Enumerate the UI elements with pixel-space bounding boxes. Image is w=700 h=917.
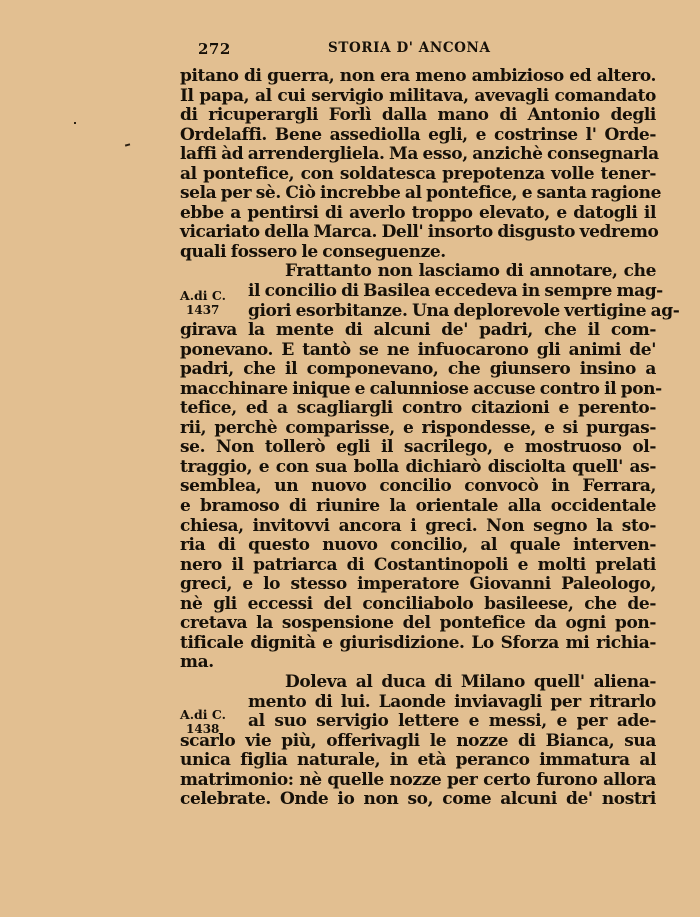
text-line: giori esorbitanze. Una deplorevole verti… (180, 302, 656, 322)
paragraph-start-line: Frattanto non lasciamo di annotare, che (180, 262, 656, 282)
text-line: se. Non tollerò egli il sacrilego, e mos… (180, 438, 656, 458)
text-line: chiesa, invitovvi ancora i greci. Non se… (180, 517, 656, 537)
margin-note-date: A.di C. 1438 (180, 708, 240, 736)
text-line: greci, e lo stesso imperatore Giovanni P… (180, 575, 656, 595)
margin-note-date: A.di C. 1437 (180, 289, 240, 317)
text-line: mento di lui. Laonde inviavagli per ritr… (180, 693, 656, 713)
margin-note-label: A.di C. (180, 708, 240, 722)
text-line: quali fossero le conseguenze. (180, 243, 656, 263)
margin-note-year: 1437 (180, 303, 240, 317)
text-line: ma. (180, 653, 656, 673)
text-line: Il papa, al cui servigio militava, aveva… (180, 87, 656, 107)
text-line: nè gli eccessi del conciliabolo basilees… (180, 595, 656, 615)
text-line: pitano di guerra, non era meno ambizioso… (180, 67, 656, 87)
text-line: macchinare inique e calunniose accuse co… (180, 380, 656, 400)
scan-speck (125, 143, 130, 146)
body-text: pitano di guerra, non era meno ambizioso… (180, 67, 656, 810)
text-line: Ordelaffi. Bene assediolla egli, e costr… (180, 126, 656, 146)
text-line: rii, perchè comparisse, e rispondesse, e… (180, 419, 656, 439)
text-line: cretava la sospensione del pontefice da … (180, 614, 656, 634)
text-line: di ricuperargli Forlì dalla mano di Anto… (180, 106, 656, 126)
text-line: padri, che il componevano, che giunsero … (180, 360, 656, 380)
page-header: 272 STORIA D' ANCONA (198, 40, 638, 62)
text-line: ebbe a pentirsi di averlo troppo elevato… (180, 204, 656, 224)
scan-speck (74, 122, 76, 124)
text-line: al pontefice, con soldatesca prepotenza … (180, 165, 656, 185)
text-line: unica figlia naturale, in età peranco im… (180, 751, 656, 771)
text-line: il concilio di Basilea eccedeva in sempr… (180, 282, 656, 302)
text-line: tificale dignità e giurisdizione. Lo Sfo… (180, 634, 656, 654)
text-line: vicariato della Marca. Dell' insorto dis… (180, 223, 656, 243)
text-line: girava la mente di alcuni de' padri, che… (180, 321, 656, 341)
text-line: laffi àd arrendergliela. Ma esso, anzich… (180, 145, 656, 165)
text-line: al suo servigio lettere e messi, e per a… (180, 712, 656, 732)
paragraph-start-line: Doleva al duca di Milano quell' aliena- (180, 673, 656, 693)
text-line: scarlo vie più, offerivagli le nozze di … (180, 732, 656, 752)
text-line: sela per sè. Ciò increbbe al pontefice, … (180, 184, 656, 204)
margin-note-year: 1438 (180, 722, 240, 736)
text-line: celebrate. Onde io non so, come alcuni d… (180, 790, 656, 810)
text-line: matrimonio: nè quelle nozze per certo fu… (180, 771, 656, 791)
text-line: ria di questo nuovo concilio, al quale i… (180, 536, 656, 556)
running-title: STORIA D' ANCONA (328, 40, 491, 56)
text-line: traggio, e con sua bolla dichiarò discio… (180, 458, 656, 478)
page-number: 272 (198, 40, 231, 58)
text-line: ponevano. E tantò se ne infuocarono gli … (180, 341, 656, 361)
text-line: nero il patriarca di Costantinopoli e mo… (180, 556, 656, 576)
margin-note-label: A.di C. (180, 289, 240, 303)
text-line: tefice, ed a scagliargli contro citazion… (180, 399, 656, 419)
text-line: semblea, un nuovo concilio convocò in Fe… (180, 477, 656, 497)
text-line: e bramoso di riunire la orientale alla o… (180, 497, 656, 517)
